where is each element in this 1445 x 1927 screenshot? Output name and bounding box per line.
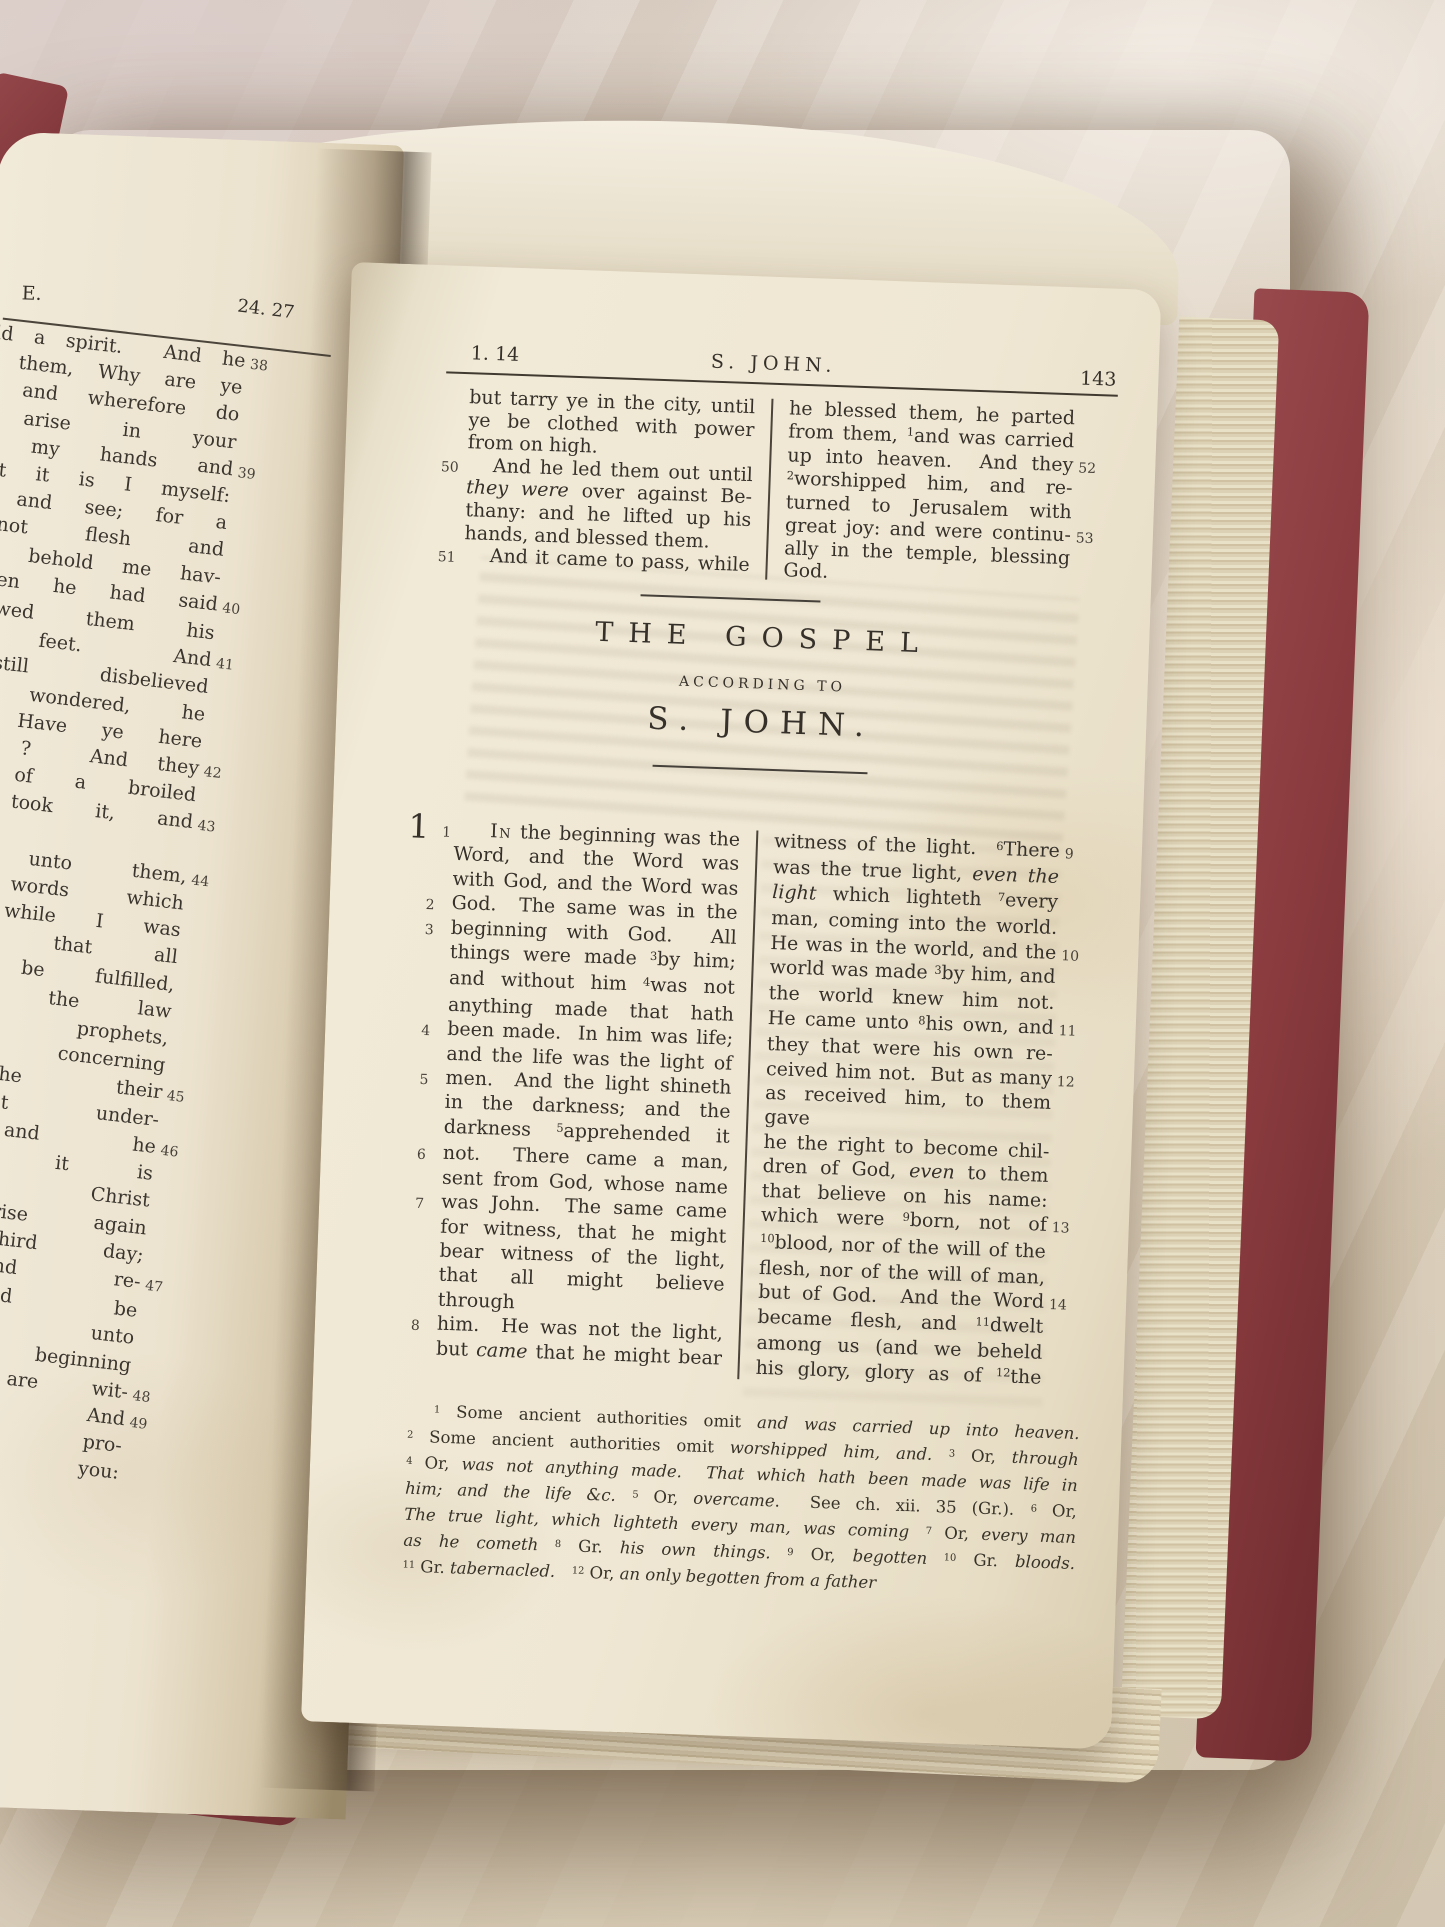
text-segment: by him, and	[941, 962, 1056, 988]
verse-number: 47	[144, 1273, 173, 1303]
left-running-head-fragment: E.	[21, 282, 42, 305]
text-segment: every	[1005, 889, 1059, 913]
footnote-marker: 8	[555, 1538, 562, 1549]
text-segment	[909, 1522, 926, 1542]
footnote-marker: 3	[949, 1448, 956, 1459]
verse-number: 14	[1049, 1293, 1076, 1318]
text-segment: and without him	[449, 967, 644, 996]
footnote-marker: 4	[643, 975, 651, 989]
page-number: 143	[1080, 367, 1117, 390]
verse-number: 48	[131, 1383, 160, 1413]
verse-number: 5	[419, 1068, 442, 1093]
right-page: 1. 14 S. JOHN. 143 but tarry ye in the c…	[301, 262, 1161, 1749]
verse-number: 7	[415, 1192, 438, 1217]
verse-number: 42	[202, 759, 231, 789]
text-segment	[555, 1562, 572, 1582]
text-segment: dren of God,	[762, 1155, 909, 1182]
text-segment: apprehended it	[563, 1120, 730, 1148]
footnote-marker: 6	[996, 839, 1004, 853]
footnotes-block: 1 Some ancient authorities omit and was …	[402, 1399, 1080, 1604]
verse-number: 11	[1058, 1019, 1085, 1044]
text-segment: the	[1010, 1365, 1042, 1388]
text-segment: born, not of	[909, 1209, 1047, 1236]
footnote-marker: 10	[944, 1552, 957, 1563]
text-segment: things were made	[450, 941, 651, 970]
text-segment: which lighteth	[816, 882, 998, 910]
text-segment: even the	[972, 863, 1059, 888]
footnote-marker: 8	[918, 1013, 926, 1027]
text-segment: world was made	[769, 956, 934, 984]
text-segment: He came unto	[767, 1007, 918, 1034]
verse-number: 4	[421, 1019, 444, 1044]
text-segment: God.	[783, 559, 829, 583]
footnote-marker: 5	[556, 1120, 564, 1134]
verse-number: 41	[214, 651, 243, 681]
verse-number: 46	[159, 1138, 188, 1168]
column-divider-rule	[765, 399, 773, 580]
verse-number: 2	[425, 893, 448, 918]
text-segment: tabernacled.	[450, 1558, 556, 1581]
running-head-title: S. JOHN.	[471, 342, 1077, 385]
text-segment: darkness	[443, 1116, 556, 1142]
text-segment: but	[436, 1337, 477, 1360]
footnote-marker: 2	[787, 468, 795, 482]
text-segment: Or,	[1037, 1501, 1077, 1521]
text-segment: Gr.	[956, 1550, 1016, 1571]
verse-number: 53	[1075, 527, 1102, 550]
footnote-marker: 11	[975, 1314, 990, 1328]
text-segment: In	[490, 820, 513, 843]
text-segment	[927, 1549, 944, 1569]
text-segment: even	[909, 1160, 955, 1184]
text-segment	[615, 1486, 632, 1506]
text-segment: There	[1003, 838, 1060, 862]
text-segment: him; and the life &c.	[405, 1479, 616, 1505]
photo-of-open-bible: { "colors":{"cover_red":"#8a3b3e","page_…	[0, 0, 1445, 1927]
text-segment: bloods.	[1015, 1552, 1076, 1573]
verse-number: 8	[410, 1314, 433, 1339]
text-segment: begotten	[852, 1546, 927, 1568]
text-segment: by him;	[657, 948, 736, 973]
verse-number: 45	[165, 1084, 194, 1114]
text-segment: which were	[761, 1204, 903, 1231]
text-segment: came	[476, 1339, 528, 1363]
text-segment: Or,	[584, 1563, 620, 1583]
verse-number: 3	[424, 918, 447, 943]
text-segment: his own things.	[620, 1538, 771, 1562]
verse-number: 6	[416, 1143, 439, 1168]
left-page-column-fragment: 38y beheld a spirit. And hed unto them, …	[0, 311, 247, 1590]
john-left-column: 11In the beginning was theWord, and the …	[435, 818, 740, 1381]
text-segment: from them,	[788, 420, 907, 446]
verse-number: 44	[190, 867, 219, 897]
text-segment	[932, 1445, 949, 1465]
text-segment: dwelt	[990, 1314, 1044, 1338]
text-segment: Or,	[793, 1544, 853, 1565]
text-segment: to them	[954, 1162, 1049, 1187]
text-segment: they were	[466, 477, 569, 503]
text-segment: that he might bear	[527, 1340, 722, 1369]
footnote-marker: 12	[996, 1366, 1011, 1380]
text-segment: Or,	[638, 1487, 693, 1508]
verse-number: 52	[1078, 458, 1105, 481]
verse-number: 51	[437, 546, 460, 569]
text-segment: every man	[981, 1525, 1076, 1547]
footnote-marker: 3	[934, 963, 942, 977]
text-segment: light	[772, 881, 817, 905]
verse-number: 13	[1051, 1216, 1078, 1241]
text-segment	[538, 1535, 555, 1555]
verse-number: 12	[1056, 1070, 1083, 1095]
verse-number: 9	[1064, 842, 1091, 867]
footnote-marker: 9	[787, 1547, 794, 1558]
footnote-marker: 7	[998, 890, 1006, 904]
footnote-marker: 5	[632, 1489, 639, 1500]
verse-number: 39	[236, 460, 265, 490]
verse-number: 50	[440, 456, 463, 479]
text-segment: Or,	[955, 1446, 1012, 1467]
footnote-marker: 4	[406, 1455, 413, 1466]
verse-number: 49	[128, 1410, 157, 1440]
luke-left-column: but tarry ye in the city, untilye be clo…	[463, 386, 755, 581]
text-segment: his own, and	[925, 1012, 1054, 1038]
footnote-marker: 2	[407, 1429, 414, 1440]
text-segment: as received him, to them gave	[764, 1082, 1057, 1130]
text-segment: Gr.	[561, 1536, 621, 1557]
column-divider-rule	[737, 830, 758, 1379]
text-segment: Or,	[932, 1523, 982, 1544]
footnote-marker: 7	[926, 1525, 933, 1536]
text-segment: that all might believe through	[437, 1264, 730, 1313]
john-chapter1-columns: 11In the beginning was theWord, and the …	[435, 818, 1060, 1392]
text-segment: as he cometh	[403, 1531, 539, 1555]
verse-number: 10	[1061, 944, 1088, 969]
verse-number: 38	[248, 352, 277, 382]
running-head: 1. 14 S. JOHN. 143	[471, 342, 1077, 363]
footnote-marker: 1	[434, 1404, 441, 1415]
left-running-head-reference: 24. 27	[236, 295, 295, 323]
footnote-marker: 12	[572, 1565, 585, 1576]
footnote-marker: 10	[760, 1231, 775, 1245]
text-segment: overcame	[693, 1489, 775, 1511]
john-right-column: 9witness of the light. 6Therewas the tru…	[755, 829, 1060, 1392]
footnote-marker: 1	[907, 425, 915, 439]
footnote-marker: 6	[1031, 1503, 1038, 1514]
footnote-marker: 3	[650, 949, 658, 963]
luke-ending-columns: but tarry ye in the city, untilye be clo…	[463, 386, 1075, 592]
text-segment: through	[1011, 1448, 1079, 1469]
text-segment: and was carried	[914, 424, 1075, 452]
verse-number: 40	[221, 595, 250, 625]
text-segment: Or,	[412, 1453, 462, 1474]
text-segment	[770, 1543, 787, 1563]
text-segment: worshipped him, and.	[729, 1438, 932, 1464]
luke-right-column: he blessed them, he partedfrom them, 1an…	[783, 397, 1075, 592]
chapter-number: 1	[408, 814, 430, 839]
text-segment: Gr.	[415, 1557, 451, 1577]
verse-number: 43	[196, 813, 225, 843]
text-segment: was not	[650, 974, 735, 999]
footnote-marker: 11	[402, 1559, 415, 1570]
footnote-marker: 9	[902, 1210, 910, 1224]
